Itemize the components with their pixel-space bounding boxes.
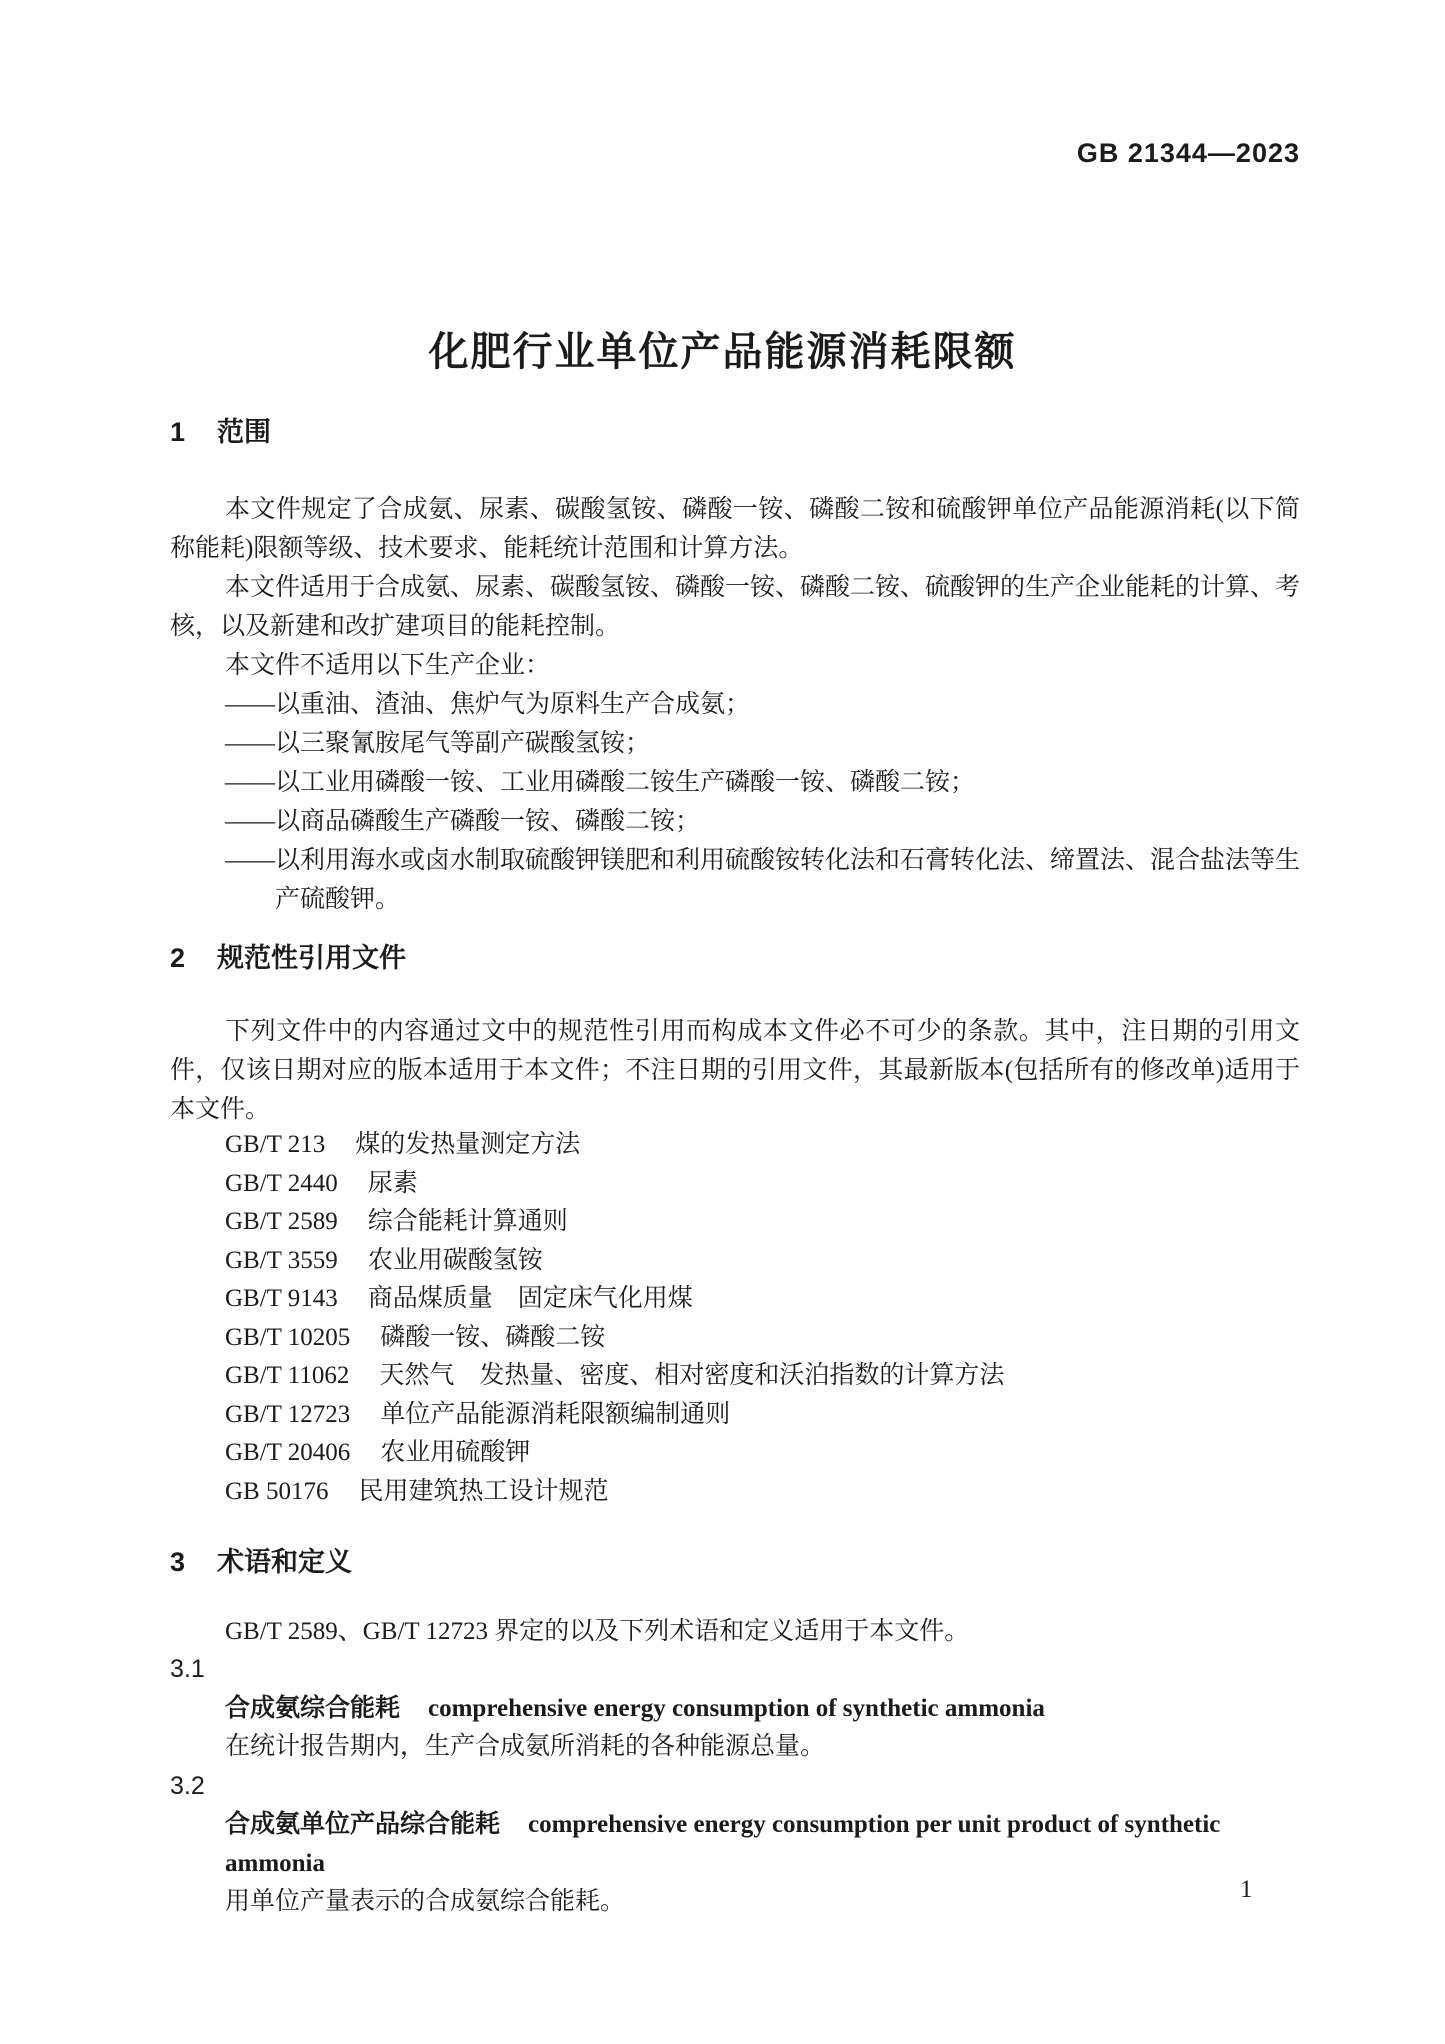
reference-item: GB/T 11062天然气 发热量、密度、相对密度和沃泊指数的计算方法 [225, 1357, 1355, 1396]
scope-paragraph-3: 本文件不适用以下生产企业： [170, 646, 1300, 685]
reference-title: 磷酸一铵、磷酸二铵 [380, 1324, 605, 1351]
reference-item: GB/T 2440尿素 [225, 1165, 1355, 1204]
reference-code: GB/T 2589 [225, 1208, 338, 1235]
reference-title: 民用建筑热工设计规范 [358, 1478, 608, 1505]
reference-title: 尿素 [368, 1170, 418, 1197]
exclusion-item: ——以商品磷酸生产磷酸一铵、磷酸二铵； [170, 802, 1300, 841]
reference-code: GB/T 213 [225, 1131, 325, 1158]
normative-references-intro: 下列文件中的内容通过文中的规范性引用而构成本文件必不可少的条款。其中，注日期的引… [170, 1012, 1300, 1129]
section-2-title: 规范性引用文件 [217, 943, 406, 973]
term-name-zh: 合成氨综合能耗 [225, 1694, 400, 1722]
term-number: 3.2 [170, 1767, 1300, 1806]
section-1-heading: 1范围 [170, 410, 1300, 449]
terms-intro: GB/T 2589、GB/T 12723 界定的以及下列术语和定义适用于本文件。 [170, 1612, 1300, 1651]
section-2-body: 下列文件中的内容通过文中的规范性引用而构成本文件必不可少的条款。其中，注日期的引… [170, 1012, 1300, 1129]
reference-code: GB 50176 [225, 1478, 328, 1505]
section-3-number: 3 [170, 1547, 185, 1578]
reference-title: 农业用碳酸氢铵 [368, 1247, 543, 1274]
reference-code: GB/T 11062 [225, 1362, 349, 1389]
reference-code: GB/T 10205 [225, 1324, 350, 1351]
term-heading: 合成氨单位产品综合能耗comprehensive energy consumpt… [170, 1805, 1300, 1883]
document-page: GB 21344—2023 化肥行业单位产品能源消耗限额 1范围 本文件规定了合… [0, 0, 1445, 2044]
exclusion-item: ——以工业用磷酸一铵、工业用磷酸二铵生产磷酸一铵、磷酸二铵； [170, 763, 1300, 802]
reference-item: GB/T 3559农业用碳酸氢铵 [225, 1242, 1355, 1281]
section-1-title: 范围 [217, 417, 271, 447]
reference-title: 天然气 发热量、密度、相对密度和沃泊指数的计算方法 [379, 1362, 1004, 1389]
term-definition: 在统计报告期内，生产合成氨所消耗的各种能源总量。 [170, 1728, 1300, 1767]
scope-paragraph-1: 本文件规定了合成氨、尿素、碳酸氢铵、磷酸一铵、磷酸二铵和硫酸钾单位产品能源消耗(… [170, 490, 1300, 568]
term-definition: 用单位产量表示的合成氨综合能耗。 [170, 1883, 1300, 1922]
reference-code: GB/T 9143 [225, 1285, 338, 1312]
reference-title: 农业用硫酸钾 [380, 1439, 530, 1466]
term-name-en: comprehensive energy consumption of synt… [428, 1695, 1045, 1722]
term-number: 3.1 [170, 1650, 1300, 1689]
exclusion-item: ——以三聚氰胺尾气等副产碳酸氢铵； [170, 724, 1300, 763]
reference-code: GB/T 3559 [225, 1247, 338, 1274]
reference-item: GB/T 2589综合能耗计算通则 [225, 1203, 1355, 1242]
doc-number: GB 21344—2023 [170, 138, 1300, 169]
normative-references-list: GB/T 213煤的发热量测定方法 GB/T 2440尿素 GB/T 2589综… [170, 1126, 1355, 1511]
exclusion-item: ——以重油、渣油、焦炉气为原料生产合成氨； [170, 685, 1300, 724]
reference-title: 综合能耗计算通则 [368, 1208, 568, 1235]
reference-item: GB/T 10205磷酸一铵、磷酸二铵 [225, 1319, 1355, 1358]
reference-code: GB/T 2440 [225, 1170, 338, 1197]
section-1-number: 1 [170, 417, 185, 448]
reference-code: GB/T 12723 [225, 1401, 350, 1428]
reference-item: GB/T 213煤的发热量测定方法 [225, 1126, 1355, 1165]
reference-item: GB/T 12723单位产品能源消耗限额编制通则 [225, 1396, 1355, 1435]
reference-item: GB/T 9143商品煤质量 固定床气化用煤 [225, 1280, 1355, 1319]
reference-title: 单位产品能源消耗限额编制通则 [380, 1401, 730, 1428]
reference-title: 商品煤质量 固定床气化用煤 [368, 1285, 693, 1312]
reference-item: GB/T 20406农业用硫酸钾 [225, 1434, 1355, 1473]
term-name-zh: 合成氨单位产品综合能耗 [225, 1810, 500, 1838]
reference-item: GB 50176民用建筑热工设计规范 [225, 1473, 1355, 1512]
section-3-intro: GB/T 2589、GB/T 12723 界定的以及下列术语和定义适用于本文件。 [170, 1612, 1300, 1651]
scope-paragraph-2: 本文件适用于合成氨、尿素、碳酸氢铵、磷酸一铵、磷酸二铵、硫酸钾的生产企业能耗的计… [170, 568, 1300, 646]
exclusion-item: ——以利用海水或卤水制取硫酸钾镁肥和利用硫酸铵转化法和石膏转化法、缔置法、混合盐… [170, 841, 1300, 919]
reference-title: 煤的发热量测定方法 [355, 1131, 580, 1158]
reference-code: GB/T 20406 [225, 1439, 350, 1466]
section-2-number: 2 [170, 943, 185, 974]
document-title: 化肥行业单位产品能源消耗限额 [0, 320, 1445, 377]
section-3-heading: 3术语和定义 [170, 1540, 1300, 1579]
page-number: 1 [1240, 1876, 1253, 1904]
section-2-heading: 2规范性引用文件 [170, 936, 1300, 975]
term-heading: 合成氨综合能耗comprehensive energy consumption … [170, 1689, 1300, 1729]
terms-and-definitions: 3.1 合成氨综合能耗comprehensive energy consumpt… [170, 1650, 1300, 1922]
section-1-body: 本文件规定了合成氨、尿素、碳酸氢铵、磷酸一铵、磷酸二铵和硫酸钾单位产品能源消耗(… [170, 490, 1300, 919]
section-3-title: 术语和定义 [217, 1547, 352, 1577]
